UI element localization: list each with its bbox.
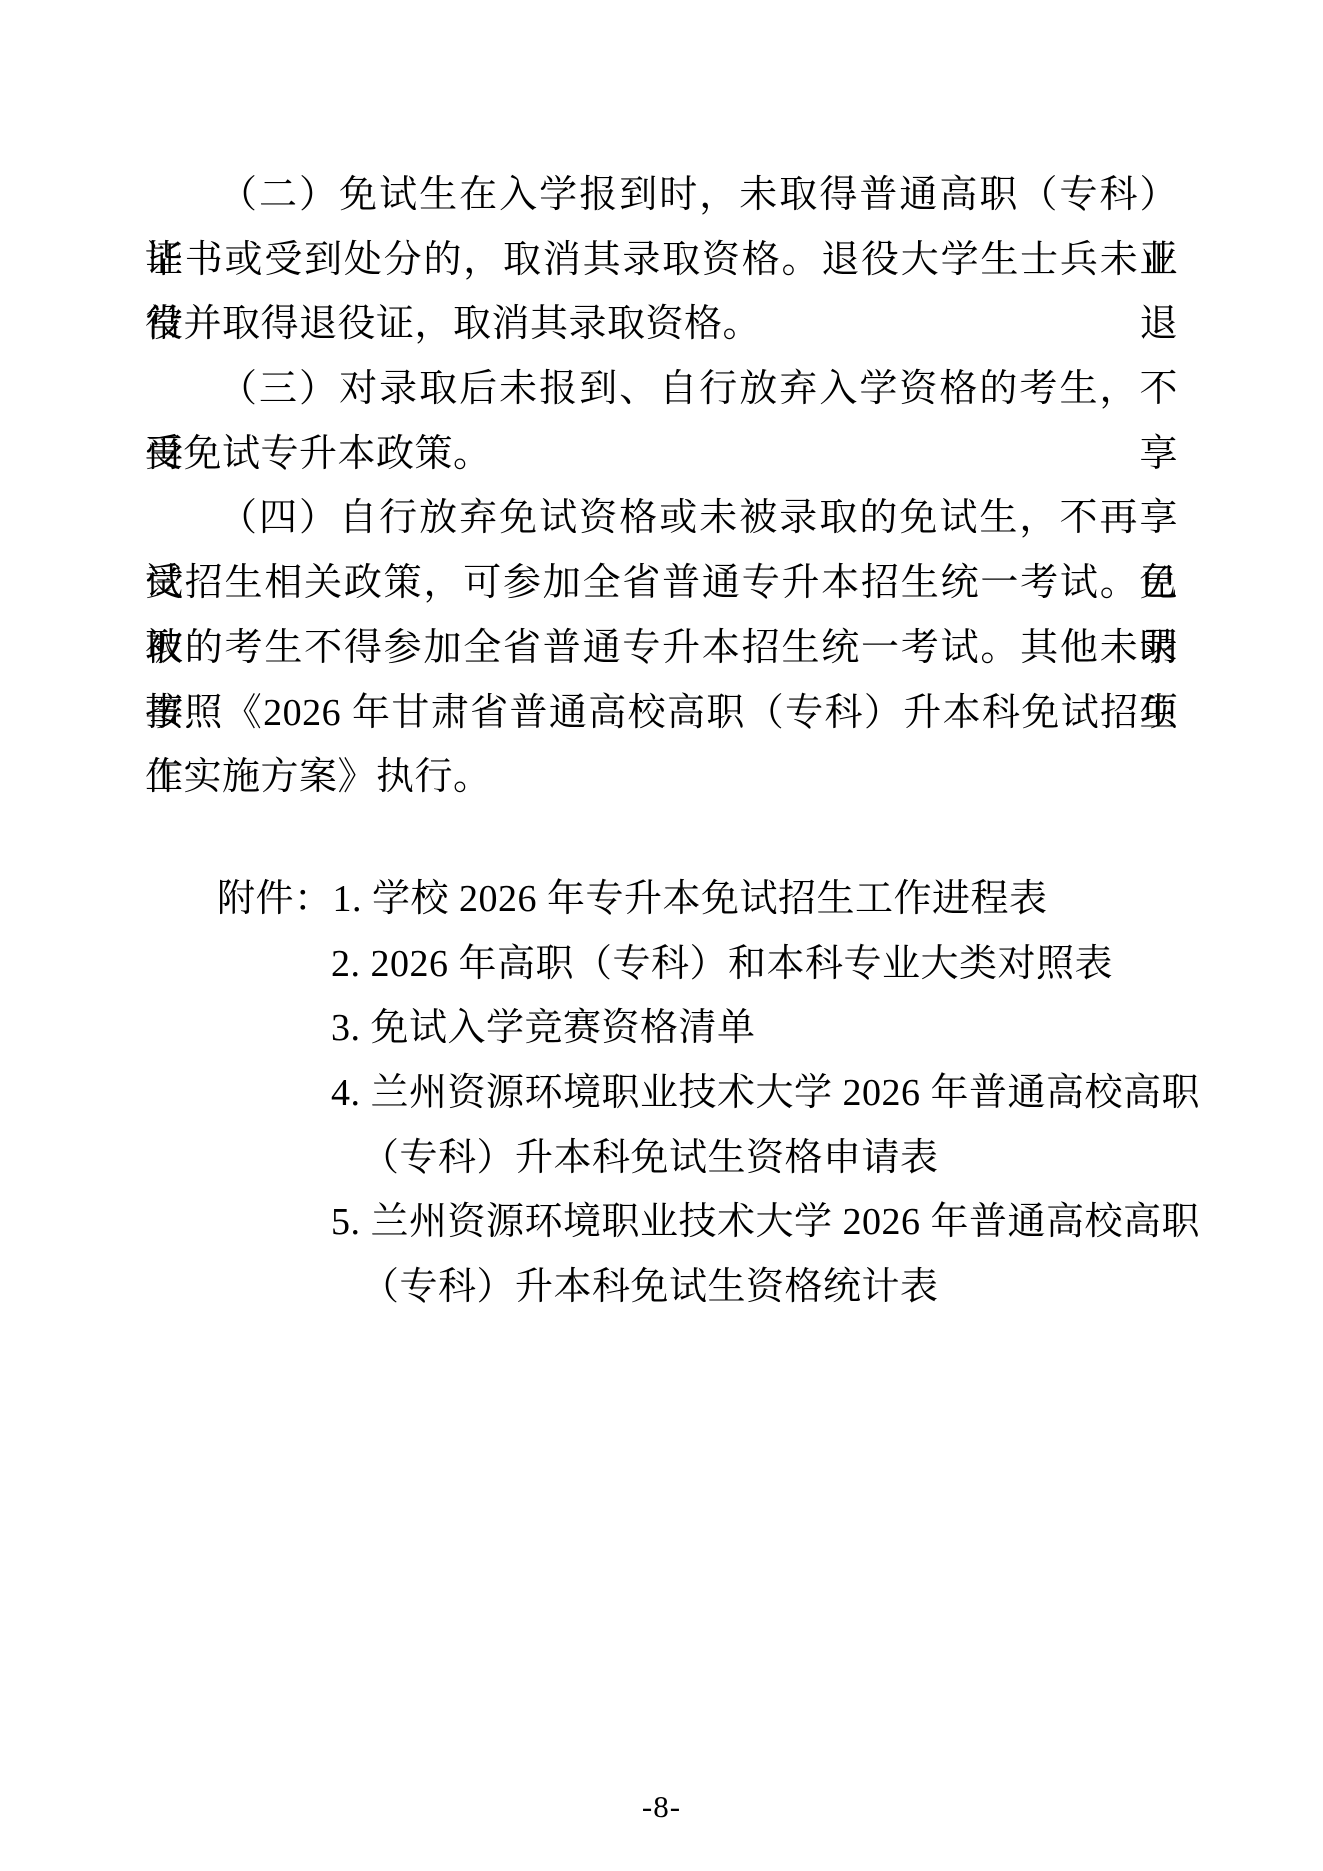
attachment-item: 1. 学校 2026 年专升本免试招生工作进程表 bbox=[333, 878, 1048, 920]
body-line: （四）自行放弃免试资格或未被录取的免试生，不再享受免 bbox=[145, 486, 1178, 551]
body-line: 按照《2026 年甘肃省普通高校高职（专科）升本科免试招生工 bbox=[145, 681, 1178, 746]
attachment-line: 附件：1. 学校 2026 年专升本免试招生工作进程表 bbox=[217, 867, 1178, 932]
attachments-section: 附件：1. 学校 2026 年专升本免试招生工作进程表 2. 2026 年高职（… bbox=[145, 867, 1178, 1320]
body-line: 取的考生不得参加全省普通专升本招生统一考试。其他未明事项 bbox=[145, 616, 1178, 681]
body-line: 证书或受到处分的，取消其录取资格。退役大学生士兵未正常退 bbox=[145, 228, 1178, 293]
body-line: （二）免试生在入学报到时，未取得普通高职（专科）毕业 bbox=[145, 163, 1178, 228]
body-line: （三）对录取后未报到、自行放弃入学资格的考生，不再享 bbox=[145, 357, 1178, 422]
attachment-line: 4. 兰州资源环境职业技术大学 2026 年普通高校高职 bbox=[331, 1061, 1178, 1126]
body-line: 试招生相关政策，可参加全省普通专升本招生统一考试。已被录 bbox=[145, 551, 1178, 616]
attachment-line: （专科）升本科免试生资格申请表 bbox=[361, 1126, 1178, 1191]
body-text: （二）免试生在入学报到时，未取得普通高职（专科）毕业 证书或受到处分的，取消其录… bbox=[145, 163, 1178, 1320]
attachment-line: 3. 免试入学竞赛资格清单 bbox=[331, 996, 1178, 1061]
body-line: 作实施方案》执行。 bbox=[145, 745, 1178, 810]
attachment-line: 5. 兰州资源环境职业技术大学 2026 年普通高校高职 bbox=[331, 1190, 1178, 1255]
attachment-line: （专科）升本科免试生资格统计表 bbox=[361, 1255, 1178, 1320]
document-page: （二）免试生在入学报到时，未取得普通高职（专科）毕业 证书或受到处分的，取消其录… bbox=[0, 0, 1323, 1871]
attachment-line: 2. 2026 年高职（专科）和本科专业大类对照表 bbox=[331, 932, 1178, 997]
section-gap bbox=[145, 810, 1178, 867]
page-number: -8- bbox=[0, 1789, 1323, 1825]
attachments-label: 附件： bbox=[217, 878, 333, 920]
